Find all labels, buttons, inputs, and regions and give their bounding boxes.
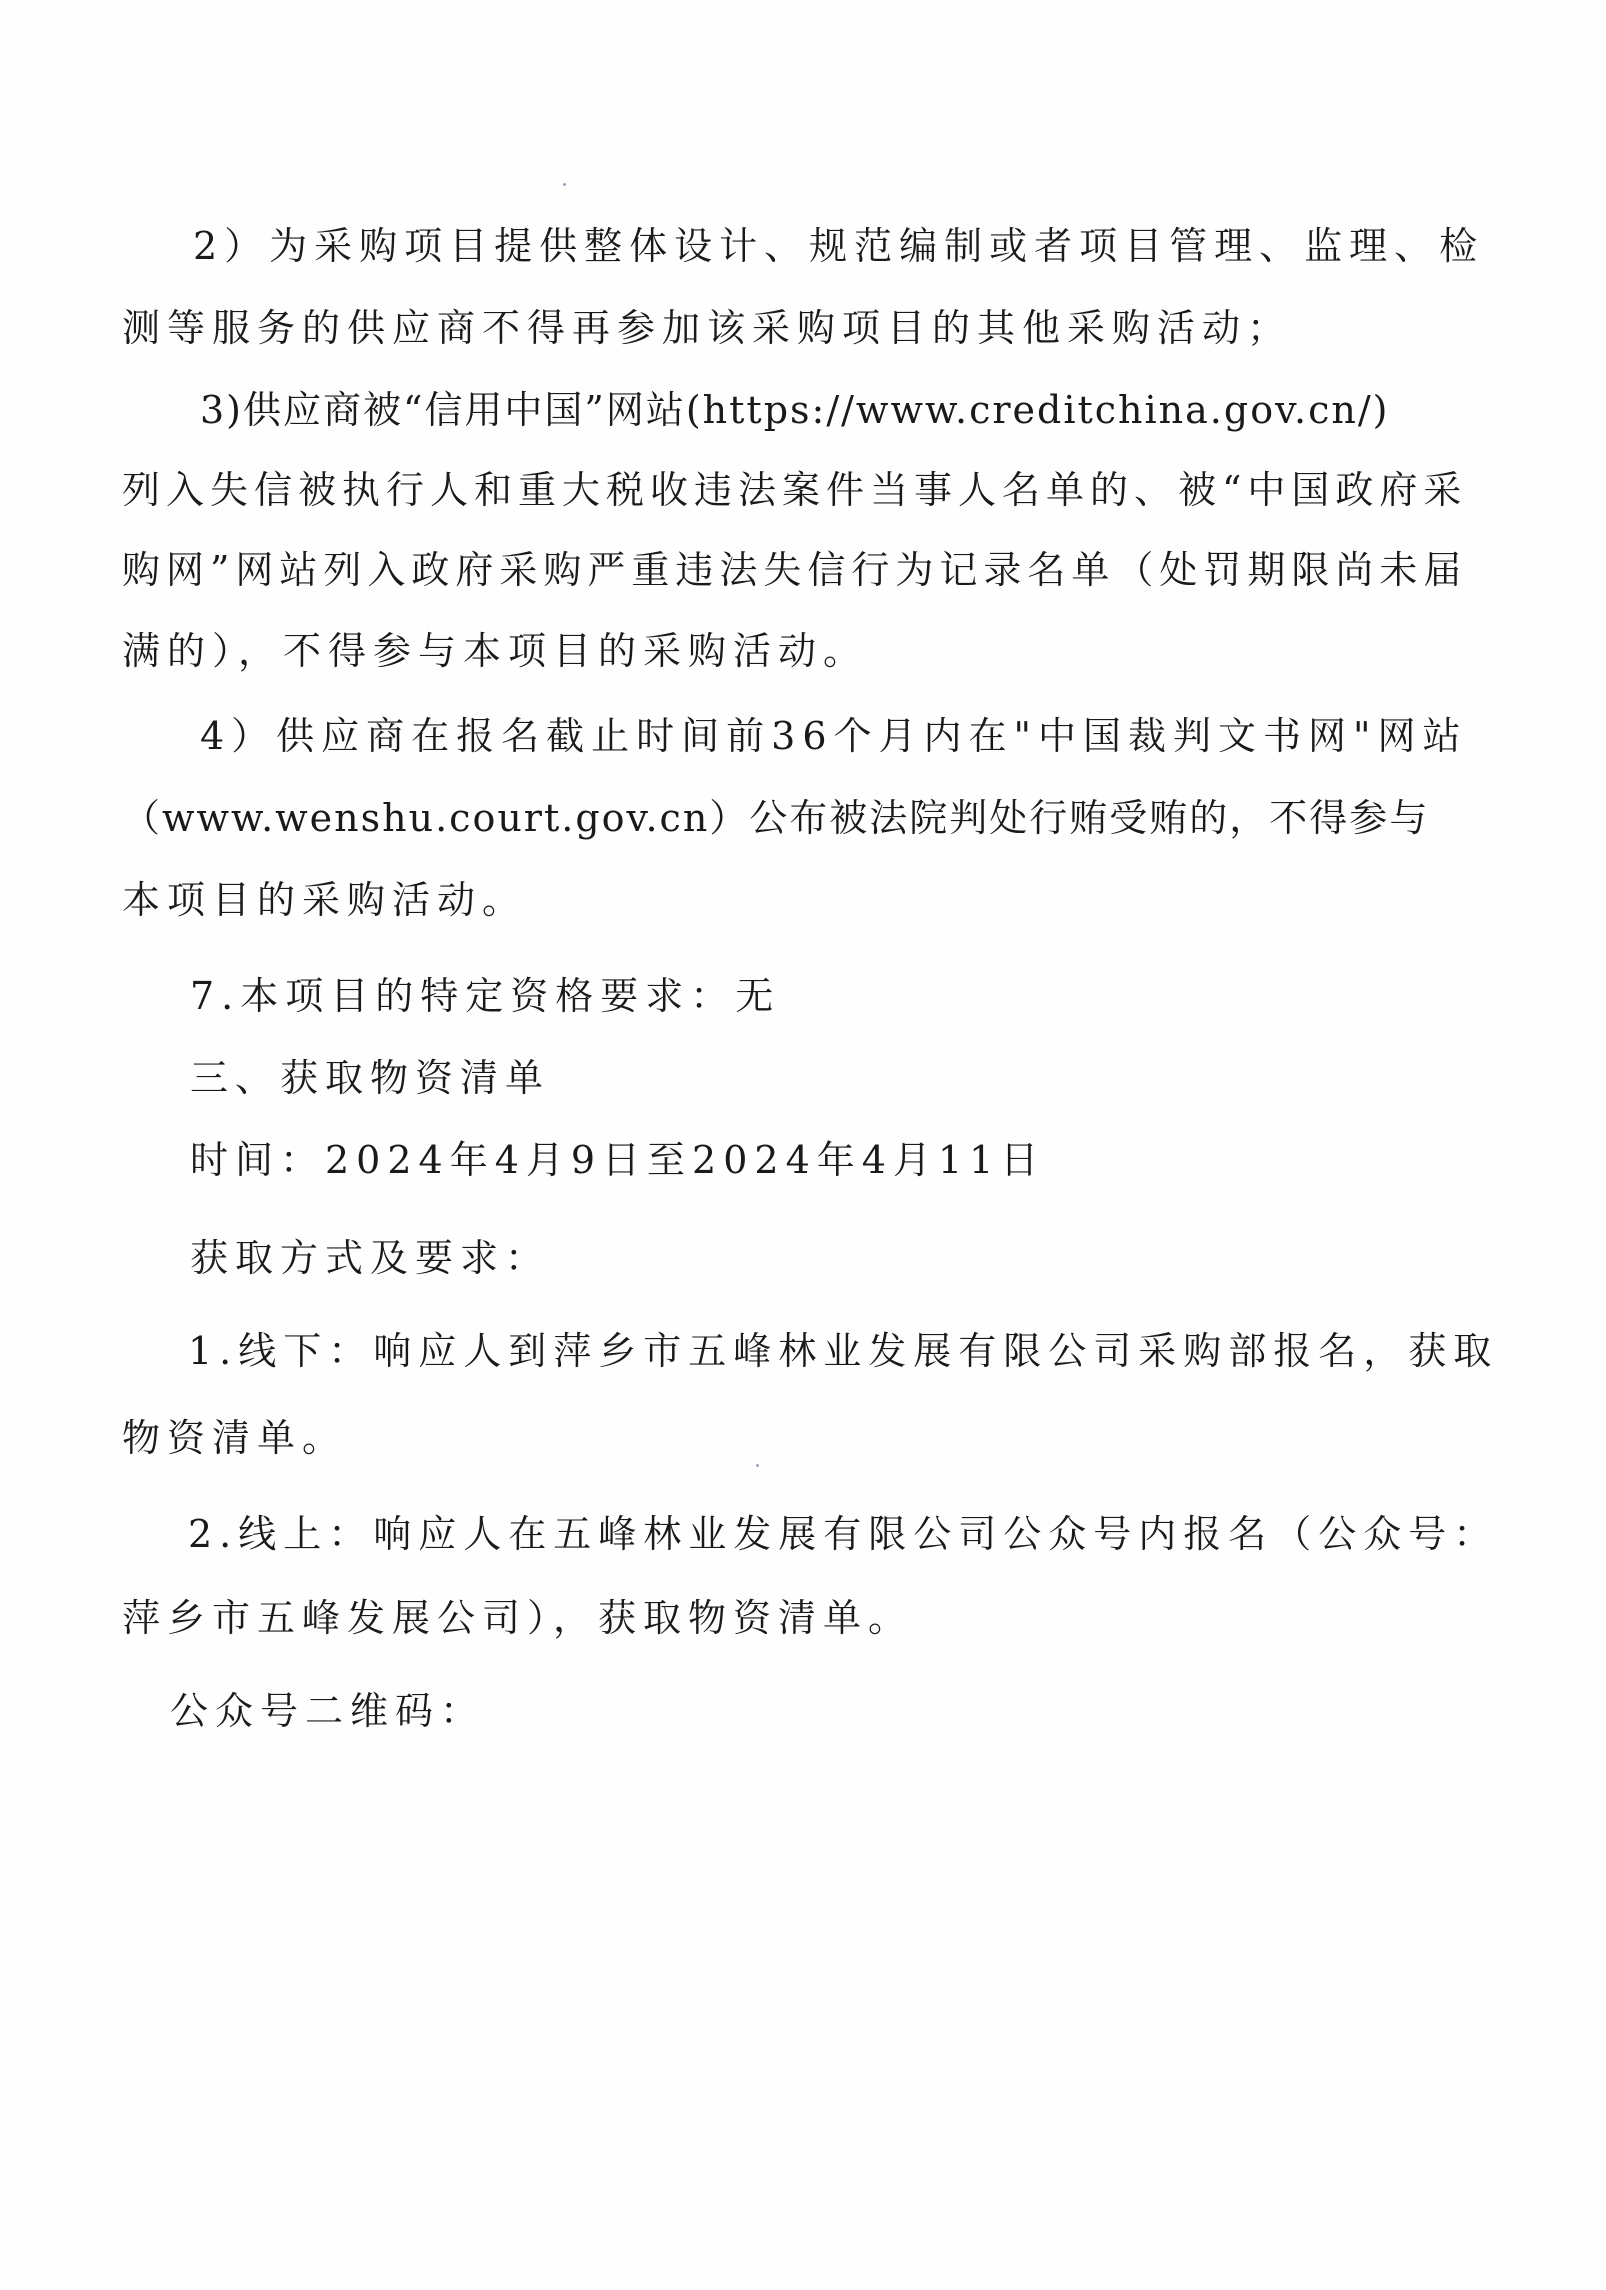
scan-speck [563, 183, 566, 186]
item-2-line-1: 2）为采购项目提供整体设计、规范编制或者项目管理、监理、检 [193, 222, 1484, 270]
method-heading: 获取方式及要求： [190, 1234, 550, 1282]
method-2-line-2: 萍乡市五峰发展公司），获取物资清单。 [122, 1594, 913, 1642]
method-1-line-2: 物资清单。 [122, 1414, 347, 1462]
item-3-line-4: 满的），不得参与本项目的采购活动。 [122, 627, 868, 675]
time-line: 时间：2024年4月9日至2024年4月11日 [190, 1136, 1045, 1184]
item-2-line-2: 测等服务的供应商不得再参加该采购项目的其他采购活动； [122, 304, 1292, 352]
item-4-line-2: （www.wenshu.court.gov.cn）公布被法院判处行贿受贿的，不得… [122, 794, 1429, 842]
item-7-line: 7.本项目的特定资格要求：无 [190, 972, 780, 1020]
method-1-line-1: 1.线下：响应人到萍乡市五峰林业发展有限公司采购部报名，获取 [188, 1327, 1498, 1375]
document-page: 2）为采购项目提供整体设计、规范编制或者项目管理、监理、检 测等服务的供应商不得… [0, 0, 1606, 2290]
item-3-line-2: 列入失信被执行人和重大税收违法案件当事人名单的、被“中国政府采 [122, 466, 1467, 514]
method-2-line-1: 2.线上：响应人在五峰林业发展有限公司公众号内报名（公众号： [188, 1510, 1498, 1558]
section-3-heading: 三、获取物资清单 [190, 1054, 550, 1102]
item-4-line-1: 4）供应商在报名截止时间前36个月内在"中国裁判文书网"网站 [200, 712, 1468, 760]
qr-code-label: 公众号二维码： [170, 1687, 485, 1735]
item-3-line-3: 购网”网站列入政府采购严重违法失信行为记录名单（处罚期限尚未届 [122, 546, 1467, 594]
item-4-line-3: 本项目的采购活动。 [122, 876, 527, 924]
scan-speck [756, 1464, 759, 1467]
item-3-line-1: 3)供应商被“信用中国”网站(https://www.creditchina.g… [200, 386, 1390, 434]
